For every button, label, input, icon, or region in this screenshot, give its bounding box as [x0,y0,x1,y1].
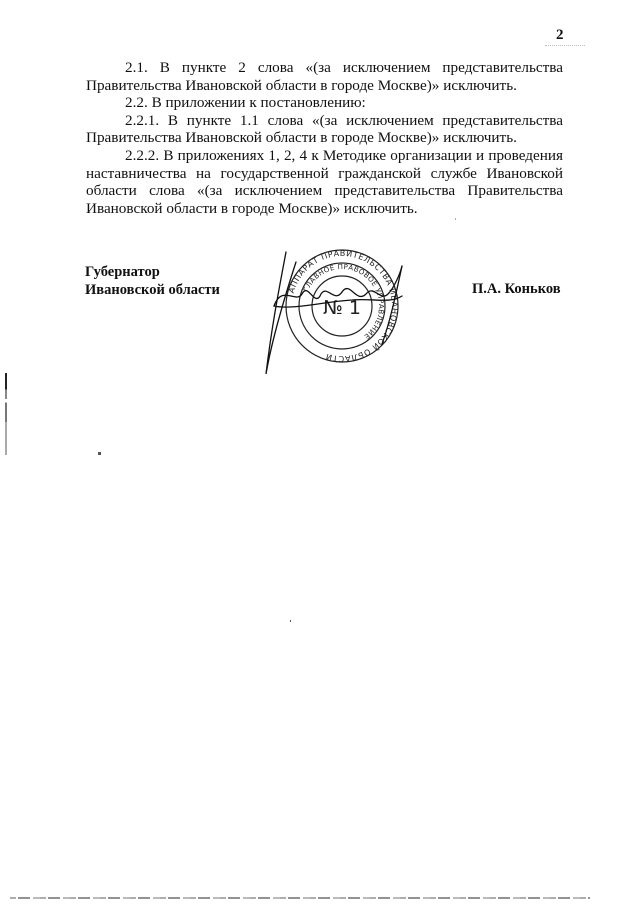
signatory-title: Губернатор Ивановской области [85,263,220,299]
signatory-name: П.А. Коньков [472,281,561,298]
signature-block: Губернатор Ивановской области П.А. Коньк… [0,0,640,400]
official-stamp-with-signature-icon: АППАРАТ ПРАВИТЕЛЬСТВА ИВАНОВСКОЙ ОБЛАСТИ… [262,244,422,379]
scan-dust [290,620,291,622]
scan-dust [455,218,456,220]
scan-edge-mark [5,373,7,455]
scan-artifact-bottom [10,897,590,899]
signatory-title-line2: Ивановской области [85,281,220,299]
scan-dust [98,452,101,455]
signatory-title-line1: Губернатор [85,263,220,281]
